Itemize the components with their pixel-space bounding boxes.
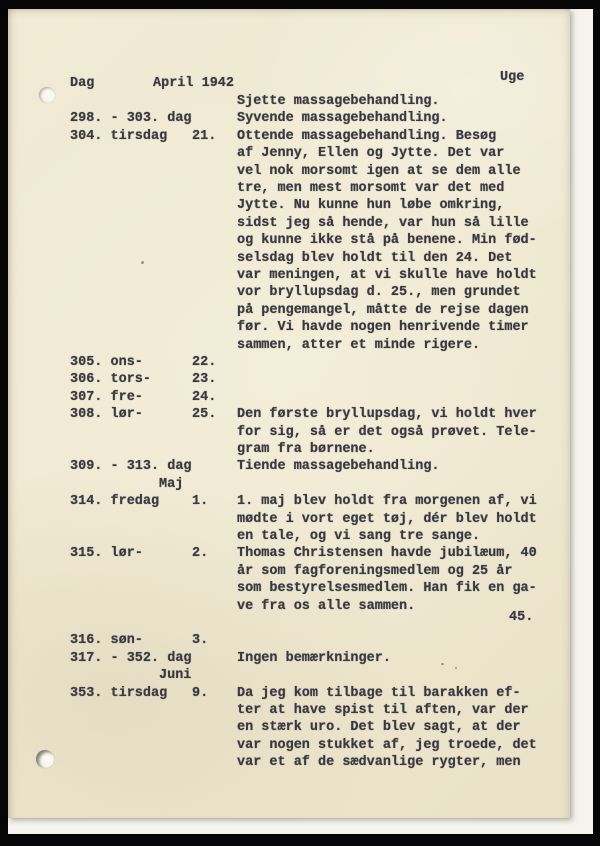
- journal-line: 315. lør-2.Thomas Christensen havde jubi…: [0, 546, 600, 562]
- journal-line: 305. ons-22.: [0, 355, 600, 371]
- entry-text: ve fra os alle sammen.: [237, 599, 415, 615]
- date-number: 25.: [192, 407, 216, 423]
- day-range-label: 315. lør-: [70, 546, 143, 562]
- day-range-label: 305. ons-: [70, 355, 143, 371]
- journal-line: vel nok morsomt igen at se dem alle: [0, 164, 600, 180]
- entry-text: for sig, så er det også prøvet. Tele-: [237, 425, 537, 441]
- date-number: 1.: [192, 494, 208, 510]
- entry-text: Ingen bemærkninger.: [237, 651, 391, 667]
- entry-text: som bestyrelsesmedlem. Han fik en ga-: [237, 581, 537, 597]
- date-number: 9.: [192, 686, 208, 702]
- date-number: 23.: [192, 372, 216, 388]
- journal-line: før. Vi havde nogen henrivende timer: [0, 320, 600, 336]
- date-number: 21.: [192, 129, 216, 145]
- column-header-uge: Uge: [500, 70, 524, 85]
- journal-line: selsdag blev holdt til den 24. Det: [0, 251, 600, 267]
- journal-line: 353. tirsdag9.Da jeg kom tilbage til bar…: [0, 686, 600, 702]
- day-range-label: 298. - 303. dag: [70, 111, 192, 127]
- date-number: 3.: [192, 633, 208, 649]
- journal-line: tre, men mest morsomt var det med: [0, 181, 600, 197]
- journal-line: 308. lør-25.Den første bryllupsdag, vi h…: [0, 407, 600, 423]
- journal-line: Jytte. Nu kunne hun løbe omkring,: [0, 198, 600, 214]
- journal-line: [0, 616, 600, 632]
- day-range-label: 317. - 352. dag: [70, 651, 192, 667]
- journal-line: var meningen, at vi skulle have holdt: [0, 268, 600, 284]
- journal-line: og kunne ikke stå på benene. Min fød-: [0, 233, 600, 249]
- month-label: Maj: [159, 477, 183, 493]
- journal-line: Juni: [0, 668, 600, 684]
- entry-text: sidst jeg så hende, var hun så lille: [237, 216, 529, 232]
- journal-line: en stærk uro. Det blev sagt, at der: [0, 720, 600, 736]
- journal-line: Maj: [0, 477, 600, 493]
- entry-text: ter at have spist til aften, var der: [237, 703, 529, 719]
- journal-line: ter at have spist til aften, var der: [0, 703, 600, 719]
- entry-text: var nogen stukket af, jeg troede, det: [237, 738, 537, 754]
- journal-line: sammen, atter et minde rigere.: [0, 338, 600, 354]
- entry-text: vel nok morsomt igen at se dem alle: [237, 164, 521, 180]
- day-range-label: 309. - 313. dag: [70, 459, 192, 475]
- journal-line: på pengemangel, måtte de rejse dagen: [0, 303, 600, 319]
- column-header-dag: Dag: [70, 76, 94, 91]
- entry-text: og kunne ikke stå på benene. Min fød-: [237, 233, 537, 249]
- journal-line: Sjette massagebehandling.: [0, 94, 600, 110]
- entry-text: 1. maj blev holdt fra morgenen af, vi: [237, 494, 537, 510]
- journal-line: sidst jeg så hende, var hun så lille: [0, 216, 600, 232]
- month-label: Juni: [159, 668, 191, 684]
- journal-line: af Jenny, Ellen og Jytte. Det var: [0, 146, 600, 162]
- date-number: 2.: [192, 546, 208, 562]
- entry-text: vor bryllupsdag d. 25., men grundet: [237, 285, 521, 301]
- journal-line: var et af de sædvanlige rygter, men: [0, 755, 600, 771]
- entry-text: Thomas Christensen havde jubilæum, 40: [237, 546, 537, 562]
- entry-text: af Jenny, Ellen og Jytte. Det var: [237, 146, 504, 162]
- journal-line: som bestyrelsesmedlem. Han fik en ga-: [0, 581, 600, 597]
- entry-text: en tale, og vi sang tre sange.: [237, 529, 480, 545]
- date-number: 22.: [192, 355, 216, 371]
- entry-text: Den første bryllupsdag, vi holdt hver: [237, 407, 537, 423]
- entry-text: en stærk uro. Det blev sagt, at der: [237, 720, 521, 736]
- journal-line: 306. tors-23.: [0, 372, 600, 388]
- journal-line: 314. fredag1.1. maj blev holdt fra morge…: [0, 494, 600, 510]
- journal-line: 298. - 303. dagSyvende massagebehandling…: [0, 111, 600, 127]
- journal-line: ve fra os alle sammen.: [0, 599, 600, 615]
- entry-text: på pengemangel, måtte de rejse dagen: [237, 303, 529, 319]
- entry-text: sammen, atter et minde rigere.: [237, 338, 480, 354]
- entry-text: før. Vi havde nogen henrivende timer: [237, 320, 529, 336]
- journal-line: gram fra børnene.: [0, 442, 600, 458]
- day-range-label: 304. tirsdag: [70, 129, 167, 145]
- entry-text: Sjette massagebehandling.: [237, 94, 440, 110]
- journal-line: 309. - 313. dagTiende massagebehandling.: [0, 459, 600, 475]
- journal-line: 317. - 352. dagIngen bemærkninger.: [0, 651, 600, 667]
- journal-line: 316. søn-3.: [0, 633, 600, 649]
- day-range-label: 316. søn-: [70, 633, 143, 649]
- month-year-title: April 1942: [153, 76, 234, 91]
- journal-line: år som fagforeningsmedlem og 25 år: [0, 564, 600, 580]
- day-range-label: 353. tirsdag: [70, 686, 167, 702]
- entry-text: Da jeg kom tilbage til barakken ef-: [237, 686, 521, 702]
- day-range-label: 314. fredag: [70, 494, 159, 510]
- day-range-label: 306. tors-: [70, 372, 151, 388]
- entry-text: var meningen, at vi skulle have holdt: [237, 268, 537, 284]
- journal-line: 307. fre-24.: [0, 390, 600, 406]
- journal-line: for sig, så er det også prøvet. Tele-: [0, 425, 600, 441]
- journal-line: 304. tirsdag21.Ottende massagebehandling…: [0, 129, 600, 145]
- typewritten-text-layer: Dag April 1942 Uge 45. Sjette massagebeh…: [0, 0, 600, 846]
- entry-text: Tiende massagebehandling.: [237, 459, 440, 475]
- entry-text: selsdag blev holdt til den 24. Det: [237, 251, 512, 267]
- date-number: 24.: [192, 390, 216, 406]
- entry-text: Syvende massagebehandling.: [237, 111, 448, 127]
- entry-text: tre, men mest morsomt var det med: [237, 181, 504, 197]
- entry-text: Jytte. Nu kunne hun løbe omkring,: [237, 198, 504, 214]
- day-range-label: 308. lør-: [70, 407, 143, 423]
- journal-line: mødte i vort eget tøj, dér blev holdt: [0, 512, 600, 528]
- entry-text: mødte i vort eget tøj, dér blev holdt: [237, 512, 537, 528]
- journal-line: var nogen stukket af, jeg troede, det: [0, 738, 600, 754]
- day-range-label: 307. fre-: [70, 390, 143, 406]
- journal-line: vor bryllupsdag d. 25., men grundet: [0, 285, 600, 301]
- entry-text: var et af de sædvanlige rygter, men: [237, 755, 521, 771]
- journal-line: en tale, og vi sang tre sange.: [0, 529, 600, 545]
- entry-text: gram fra børnene.: [237, 442, 375, 458]
- entry-text: Ottende massagebehandling. Besøg: [237, 129, 496, 145]
- entry-text: år som fagforeningsmedlem og 25 år: [237, 564, 512, 580]
